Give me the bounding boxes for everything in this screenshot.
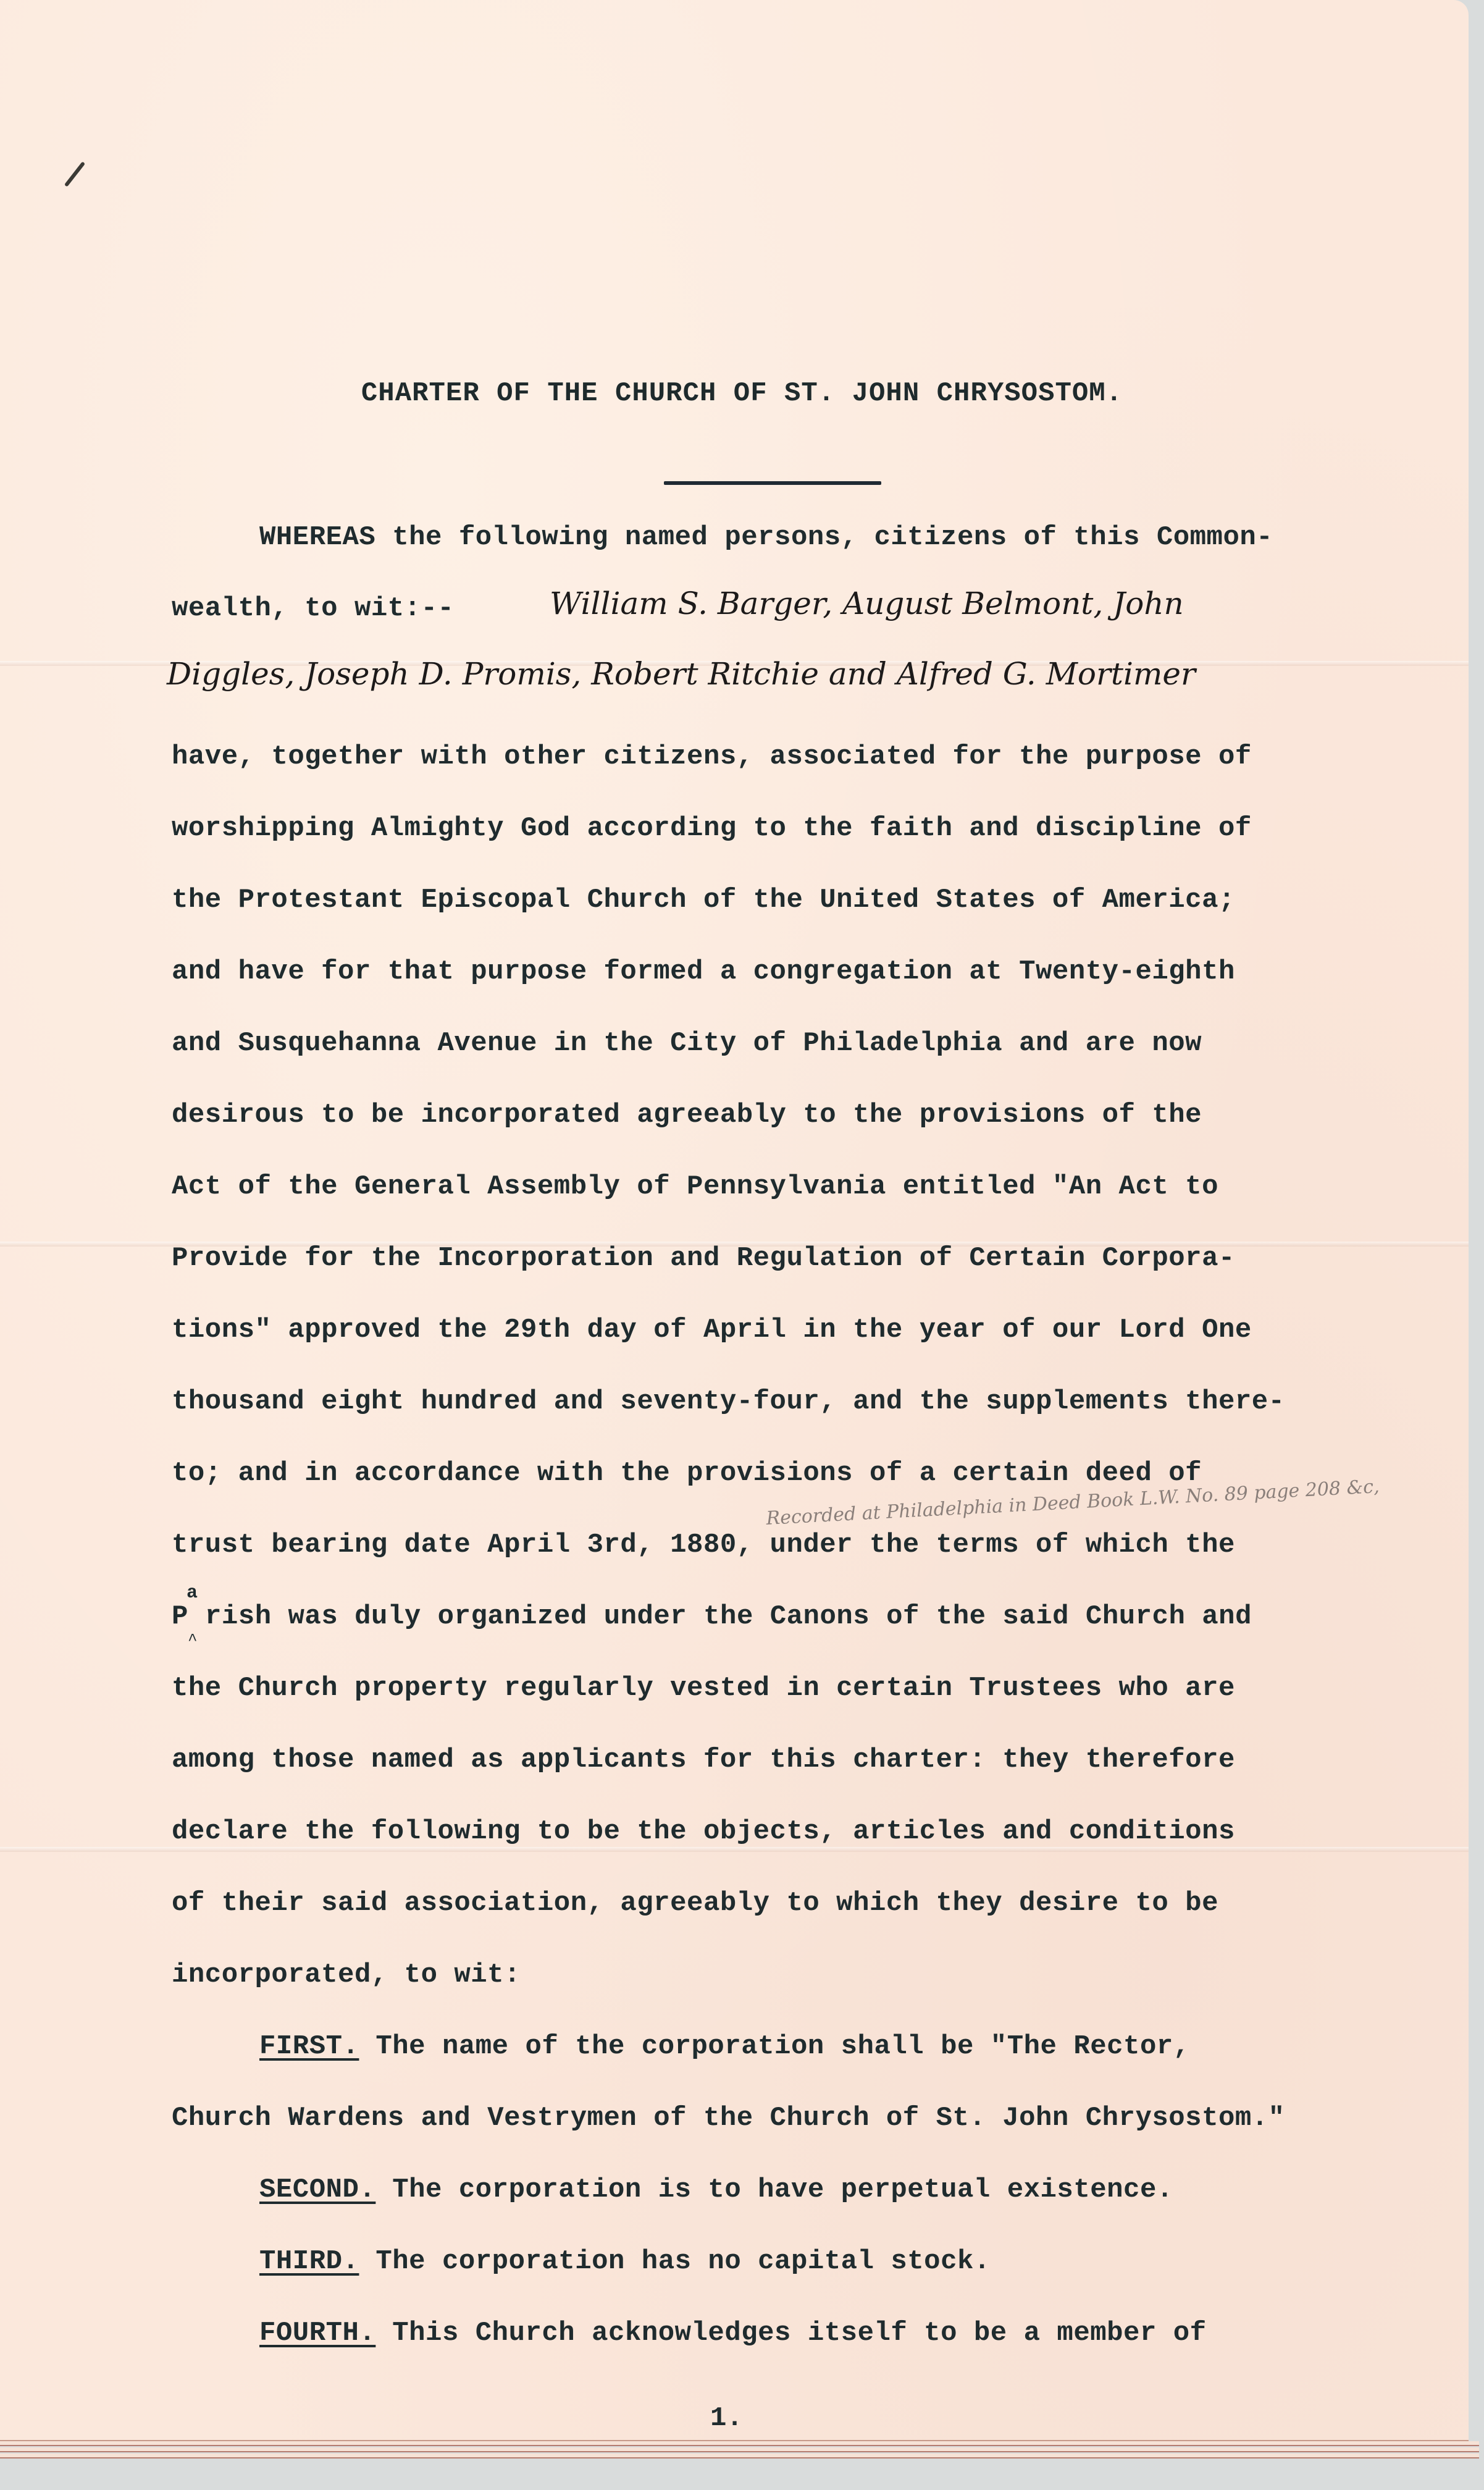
body-line: Act of the General Assembly of Pennsylva…	[172, 1171, 1218, 1202]
body-line: thousand eight hundred and seventy-four,…	[172, 1386, 1285, 1417]
body-line: tions" approved the 29th day of April in…	[172, 1314, 1252, 1345]
paper-fold	[0, 1847, 1469, 1852]
opening-line-2-typed: wealth, to wit:--	[172, 593, 454, 624]
handwritten-names-line-1: William S. Barger, August Belmont, John	[550, 586, 1184, 621]
article-third: THIRD. The corporation has no capital st…	[259, 2246, 991, 2277]
body-line: rish was duly organized under the Canons…	[205, 1601, 1252, 1632]
body-line: the Church property regularly vested in …	[172, 1673, 1235, 1704]
page-number: 1.	[710, 2403, 743, 2434]
opening-line-1: WHEREAS the following named persons, cit…	[259, 522, 1273, 553]
article-text: The corporation has no capital stock.	[359, 2246, 990, 2277]
article-first-continuation: Church Wardens and Vestrymen of the Chur…	[172, 2103, 1285, 2134]
article-label: SECOND.	[259, 2174, 375, 2205]
document-title: CHARTER OF THE CHURCH OF ST. JOHN CHRYSO…	[0, 378, 1484, 409]
body-line: to; and in accordance with the provision…	[172, 1458, 1202, 1489]
body-line: Provide for the Incorporation and Regula…	[172, 1243, 1235, 1274]
article-label: THIRD.	[259, 2246, 359, 2277]
article-fourth: FOURTH. This Church acknowledges itself …	[259, 2318, 1207, 2349]
body-line: among those named as applicants for this…	[172, 1744, 1235, 1775]
body-line: and have for that purpose formed a congr…	[172, 956, 1235, 987]
body-line: trust bearing date April 3rd, 1880, unde…	[172, 1529, 1235, 1560]
page-stack-edge	[0, 2447, 1479, 2452]
body-line: incorporated, to wit:	[172, 1959, 521, 1990]
page-stack-edge	[0, 2454, 1479, 2458]
article-label: FIRST.	[259, 2031, 359, 2062]
inserted-letter: a	[187, 1583, 198, 1604]
article-text: The corporation is to have perpetual exi…	[375, 2174, 1173, 2205]
title-divider	[664, 481, 881, 485]
body-line: of their said association, agreeably to …	[172, 1888, 1218, 1919]
body-line: the Protestant Episcopal Church of the U…	[172, 885, 1235, 915]
page-stack-edge	[0, 2441, 1479, 2446]
body-line: worshipping Almighty God according to th…	[172, 813, 1252, 844]
parish-letter: P	[172, 1601, 188, 1632]
body-line: desirous to be incorporated agreeably to…	[172, 1100, 1202, 1130]
body-line: declare the following to be the objects,…	[172, 1816, 1235, 1847]
ink-mark-icon	[64, 161, 85, 187]
article-text: This Church acknowledges itself to be a …	[375, 2318, 1206, 2349]
article-label: FOURTH.	[259, 2318, 375, 2349]
handwritten-names-line-2: Diggles, Joseph D. Promis, Robert Ritchi…	[167, 656, 1196, 692]
article-second: SECOND. The corporation is to have perpe…	[259, 2174, 1173, 2205]
article-text: The name of the corporation shall be "Th…	[359, 2031, 1189, 2062]
insertion-caret-icon: ^	[188, 1631, 198, 1649]
document-page: CHARTER OF THE CHURCH OF ST. JOHN CHRYSO…	[0, 0, 1469, 2440]
body-line: and Susquehanna Avenue in the City of Ph…	[172, 1028, 1202, 1059]
article-first: FIRST. The name of the corporation shall…	[259, 2031, 1190, 2062]
body-line: have, together with other citizens, asso…	[172, 741, 1252, 772]
